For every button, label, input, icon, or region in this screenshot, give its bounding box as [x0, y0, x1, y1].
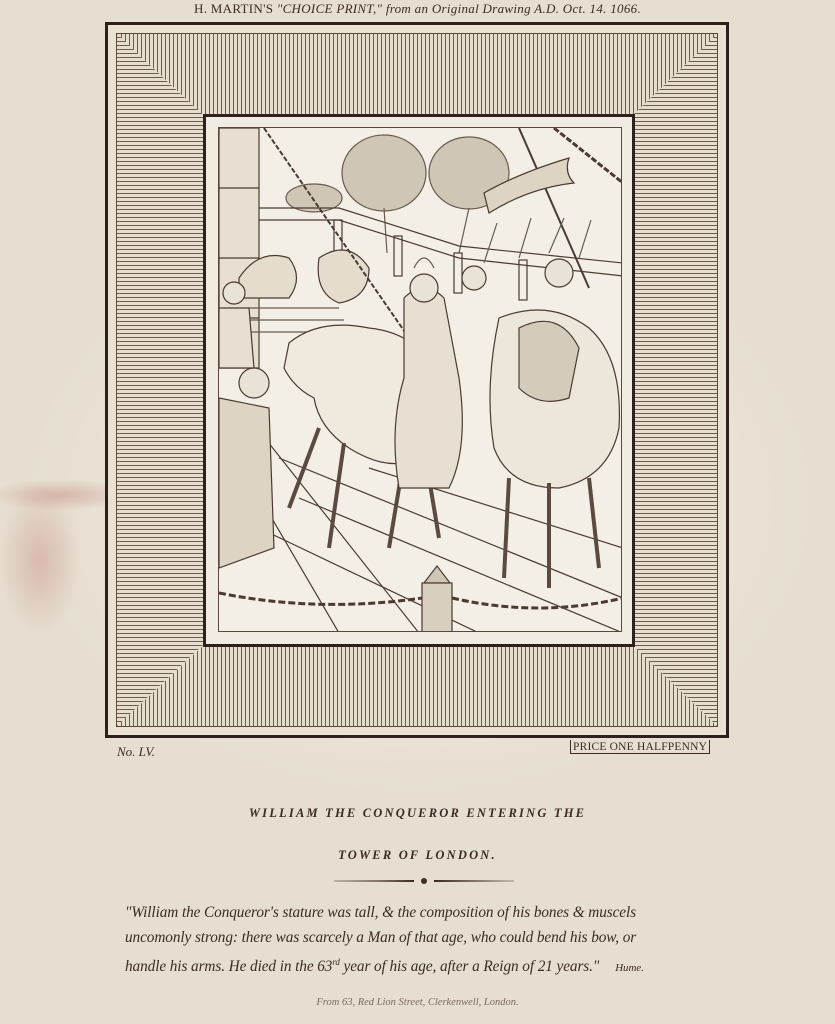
ordinal-suffix: rd	[332, 957, 339, 967]
publisher-imprint: From 63, Red Lion Street, Clerkenwell, L…	[0, 997, 835, 1008]
publisher-name: H. MARTIN'S	[194, 1, 273, 16]
trees	[286, 135, 509, 212]
rule-right-stroke	[434, 880, 514, 882]
caption-title-line1: WILLIAM THE CONQUEROR ENTERING THE	[0, 806, 835, 821]
quotation-block: "William the Conqueror's stature was tal…	[125, 900, 725, 981]
print-header: H. MARTIN'S "CHOICE PRINT," from an Orig…	[0, 0, 835, 18]
illustration-drawing	[219, 128, 622, 632]
quote-line-3: handle his arms. He died in the 63rd yea…	[125, 950, 725, 981]
caption-title-line2: TOWER OF LONDON.	[0, 848, 835, 863]
rule-dot	[421, 878, 427, 884]
ornamental-rule	[334, 878, 514, 884]
quote-line-1: "William the Conqueror's stature was tal…	[125, 900, 725, 925]
engraving-illustration	[218, 127, 622, 632]
source-note: from an Original Drawing A.D. Oct. 14. 1…	[386, 1, 641, 16]
rule-left-stroke	[334, 880, 414, 882]
quote-line-2: uncomonly strong: there was scarcely a M…	[125, 925, 725, 950]
quote-line-3a: handle his arms. He died in the 63	[125, 958, 332, 975]
price-label: PRICE ONE HALFPENNY	[570, 740, 710, 754]
quote-line-3b: year of his age, after a Reign of 21 yea…	[340, 958, 599, 975]
series-name: "CHOICE PRINT,"	[277, 1, 382, 16]
plate-number: No. LV.	[117, 744, 155, 760]
quote-attribution: Hume.	[615, 962, 644, 974]
